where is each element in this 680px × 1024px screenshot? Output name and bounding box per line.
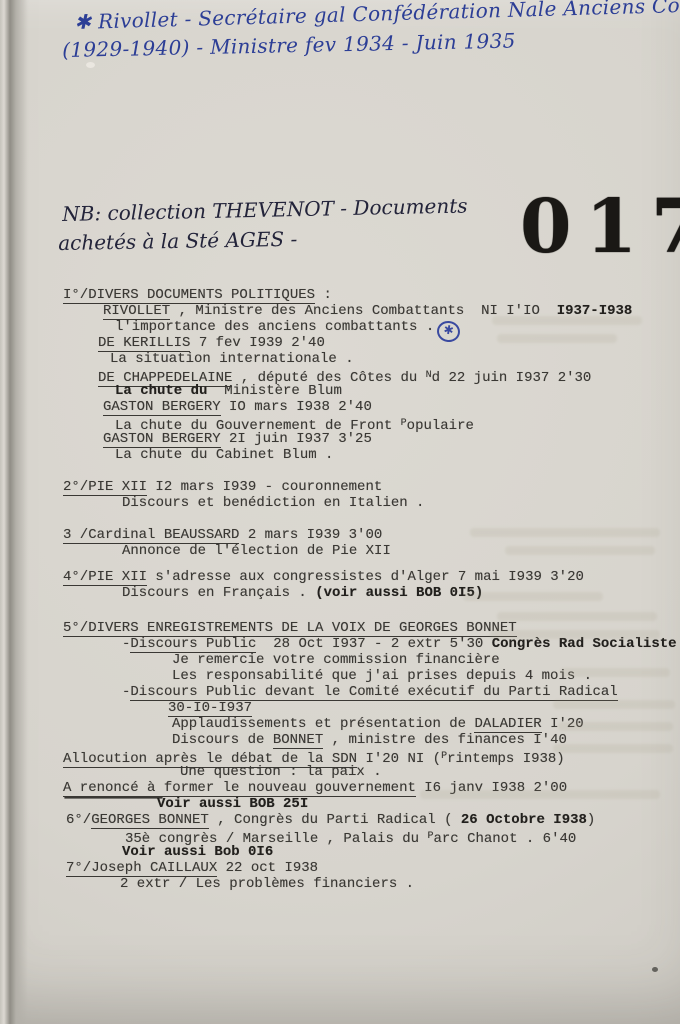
typed-segment: GASTON BERGERY xyxy=(103,431,221,448)
typed-segment: Discours et benédiction en Italien . xyxy=(122,495,424,511)
typed-segment: RIVOLLET xyxy=(103,303,170,320)
typed-line: Voir aussi BOB 25I xyxy=(0,797,680,813)
typed-segment: Applaudissements et présentation de xyxy=(172,716,474,732)
typed-segment: Annonce de l'élection de Pie XII xyxy=(122,543,391,559)
typed-segment: 5°/DIVERS ENREGISTREMENTS DE LA VOIX DE … xyxy=(63,620,517,637)
typed-segment: former le nouveau gouvernement xyxy=(164,780,416,797)
typed-line: La situation internationale . xyxy=(0,352,680,368)
typed-line: Discours et benédiction en Italien . xyxy=(0,496,680,512)
typed-segment: arc Chanot . 6'40 xyxy=(433,831,576,847)
typed-segment: Je remercie votre commission financière xyxy=(172,652,500,668)
typed-segment: GASTON BERGERY xyxy=(103,399,221,416)
typed-segment: 6°/ xyxy=(66,812,91,828)
typed-segment: I2 mars I939 - couronnement xyxy=(147,479,382,495)
typed-line: 6°/GEORGES BONNET , Congrès du Parti Rad… xyxy=(0,813,680,829)
handwritten-top-note-line2: (1929-1940) - Ministre fev 1934 - Juin 1… xyxy=(62,29,516,62)
typed-segment: opulaire xyxy=(407,418,474,434)
typed-segment: 28 Oct I937 - 2 extr 5'30 xyxy=(256,636,491,652)
typed-segment: I°/DIVERS DOCUMENTS POLITIQUES xyxy=(63,287,315,304)
typed-line: 35è congrès / Marseille , Palais du Parc… xyxy=(0,829,680,845)
typed-line: Je remercie votre commission financière xyxy=(0,653,680,669)
handwritten-nb-note-line2: achetés à la Sté AGES - xyxy=(58,227,297,255)
typed-segment: Les responsabilité que j'ai prises depui… xyxy=(172,668,592,684)
print-through-smudge xyxy=(560,668,670,677)
typed-segment: GEORGES BONNET xyxy=(91,812,209,829)
typed-segment: 2°/PIE XII xyxy=(63,479,147,496)
typed-gap xyxy=(0,512,680,528)
typed-segment: (voir aussi BOB 0I5) xyxy=(315,585,483,601)
print-through-smudge xyxy=(497,612,657,621)
typed-segment: Discours Public devant le Comité exécuti… xyxy=(130,684,617,701)
typed-segment: 2I juin I937 3'25 xyxy=(221,431,372,447)
print-through-smudge xyxy=(497,334,617,343)
typed-segment: Voir aussi BOB 25I xyxy=(157,796,308,812)
typed-segment: Une question : la paix . xyxy=(180,764,382,780)
typed-line: DE CHAPPEDELAINE , député des Côtes du N… xyxy=(0,368,680,384)
typed-line: -Discours Public devant le Comité exécut… xyxy=(0,685,680,701)
typed-line: GASTON BERGERY IO mars I938 2'40 xyxy=(0,400,680,416)
print-through-smudge xyxy=(463,592,603,601)
typed-segment: 30-I0-I937 xyxy=(168,700,252,717)
typed-segment: Discours Public xyxy=(130,636,256,653)
typed-segment: La situation internationale . xyxy=(110,351,354,367)
typed-segment: La chute du Cabinet Blum . xyxy=(115,447,333,463)
print-through-smudge xyxy=(505,546,655,555)
typed-line: 2 extr / Les problèmes financiers . xyxy=(0,877,680,893)
typed-line: 4°/PIE XII s'adresse aux congressistes d… xyxy=(0,570,680,586)
print-through-smudge xyxy=(558,722,673,731)
typed-gap xyxy=(0,464,680,480)
typed-segment: 2 mars I939 3'00 xyxy=(239,527,382,543)
typed-segment: Ministère Blum xyxy=(207,383,341,399)
handwritten-nb-note-line1: NB: collection THEVENOT - Documents xyxy=(62,194,468,226)
typed-segment: Voir aussi Bob 0I6 xyxy=(122,844,273,860)
typed-segment: A renoncé à xyxy=(63,780,164,797)
document-photo: ✱ Rivollet - Secrétaire gal Confédératio… xyxy=(0,0,680,1024)
typed-segment: l'importance des anciens combattants . xyxy=(115,319,434,335)
typed-segment: 7°/Joseph CAILLAUX xyxy=(66,860,217,877)
print-through-smudge xyxy=(553,700,675,709)
typed-segment: 22 oct I938 xyxy=(217,860,318,876)
typed-segment: ) xyxy=(587,812,595,828)
typed-segment: 7 fev I939 2'40 xyxy=(190,335,324,351)
typed-line: I°/DIVERS DOCUMENTS POLITIQUES : xyxy=(0,288,680,304)
print-through-smudge xyxy=(420,790,660,799)
typed-segment: DE KERILLIS xyxy=(98,335,190,352)
print-through-smudge xyxy=(490,630,660,639)
typed-segment: , Congrès du Parti Radical ( xyxy=(209,812,461,828)
paper-speck xyxy=(652,967,658,972)
page-number-stamp: 017 xyxy=(520,190,680,264)
typed-segment: d 22 juin I937 2'30 xyxy=(432,370,592,386)
handwritten-top-note-line1: ✱ Rivollet - Secrétaire gal Confédératio… xyxy=(74,0,680,34)
typed-segment: : xyxy=(315,287,332,303)
typed-segment: IO mars I938 2'40 xyxy=(221,399,372,415)
typed-segment: Discours en Français . xyxy=(122,585,315,601)
typed-line: GASTON BERGERY 2I juin I937 3'25 xyxy=(0,432,680,448)
typed-segment: BONNET xyxy=(273,732,323,749)
print-through-smudge xyxy=(553,744,673,753)
typed-line: Voir aussi Bob 0I6 xyxy=(0,845,680,861)
typed-segment: 26 Octobre I938 xyxy=(461,812,587,828)
typed-segment: 4°/PIE XII xyxy=(63,569,147,586)
typed-segment: La chute du xyxy=(115,383,207,399)
typed-segment: s'adresse aux congressistes d'Alger 7 ma… xyxy=(147,569,584,585)
typed-segment: 3 /Cardinal BEAUSSARD xyxy=(63,527,239,544)
paper-chip-mark xyxy=(86,62,95,68)
typed-block: I°/DIVERS DOCUMENTS POLITIQUES :RIVOLLET… xyxy=(0,288,680,893)
print-through-smudge xyxy=(470,528,660,537)
typed-segment: Discours de xyxy=(172,732,273,748)
typed-segment: 2 extr / Les problèmes financiers . xyxy=(120,876,414,892)
typed-line: -Discours Public 28 Oct I937 - 2 extr 5'… xyxy=(0,637,680,653)
typed-segment: rintemps I938) xyxy=(447,751,565,767)
typed-line: 2°/PIE XII I2 mars I939 - couronnement xyxy=(0,480,680,496)
print-through-smudge xyxy=(492,316,642,325)
typed-line: La chute du Gouvernement de Front Popula… xyxy=(0,416,680,432)
typed-line: 7°/Joseph CAILLAUX 22 oct I938 xyxy=(0,861,680,877)
typed-segment: , ministre des finances I'40 xyxy=(323,732,567,748)
typed-segment: DALADIER xyxy=(474,716,541,733)
typed-line: La chute du Cabinet Blum . xyxy=(0,448,680,464)
